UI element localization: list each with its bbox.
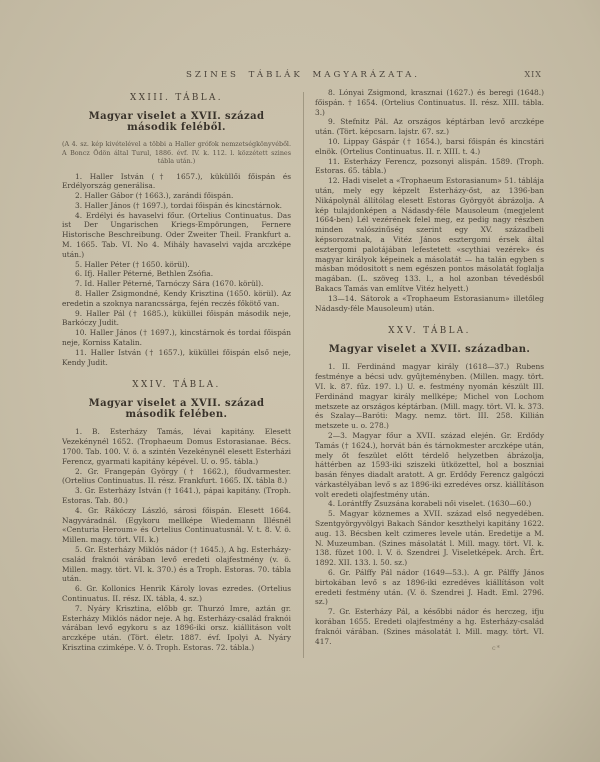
section-title: Magyar viselet a XVII. században. bbox=[315, 344, 544, 355]
catalog-item: 9. Stefnitz Pál. Az országos képtárban l… bbox=[315, 117, 544, 137]
running-head: SZINES TÁBLÁK MAGYARÁZATA. XIX bbox=[62, 70, 544, 82]
running-title: SZINES TÁBLÁK MAGYARÁZATA. bbox=[62, 70, 544, 80]
catalog-item: 12. Hadi viselet a «Trophaeum Estorasian… bbox=[315, 176, 544, 294]
catalog-item: 1. B. Esterházy Tamás, lévai kapitány. E… bbox=[62, 427, 291, 466]
column-divider-rule bbox=[303, 92, 304, 658]
catalog-item: 2—3. Magyar főur a XVII. század elején. … bbox=[315, 431, 544, 500]
catalog-item: 1. II. Ferdinánd magyar király (1618—37.… bbox=[315, 362, 544, 431]
page-number: XIX bbox=[524, 70, 542, 79]
catalog-item: 7. Nyáry Krisztina, előbb gr. Thurzó Imr… bbox=[62, 604, 291, 653]
catalog-item: 1. Haller István († 1657.), küküllői fői… bbox=[62, 172, 291, 192]
printer-signature-mark: c* bbox=[492, 644, 501, 652]
catalog-item: 3. Haller János († 1697.), tordai főispá… bbox=[62, 201, 291, 211]
left-column: XXIII. TÁBLA.Magyar viselet a XVII. száz… bbox=[62, 88, 291, 664]
catalog-item: 5. Magyar köznemes a XVII. század első n… bbox=[315, 509, 544, 568]
catalog-item: 7. Id. Haller Péterné, Tarnóczy Sára (16… bbox=[62, 279, 291, 289]
catalog-item: 8. Lónyai Zsigmond, krasznai (1627.) és … bbox=[315, 88, 544, 117]
plate-heading: XXV. TÁBLA. bbox=[315, 326, 544, 336]
catalog-item: 4. Gr. Rákóczy László, sárosi főispán. E… bbox=[62, 506, 291, 545]
catalog-item: 7. Gr. Esterházy Pál, a későbbi nádor és… bbox=[315, 607, 544, 646]
catalog-item: 3. Gr. Esterházy István († 1641.), pápai… bbox=[62, 486, 291, 506]
catalog-item: 5. Haller Péter († 1650. körül). bbox=[62, 260, 291, 270]
catalog-item: 13—14. Sátorok a «Trophaeum Estorasianum… bbox=[315, 294, 544, 314]
book-page: SZINES TÁBLÁK MAGYARÁZATA. XIX XXIII. TÁ… bbox=[0, 0, 600, 762]
catalog-item: 2. Haller Gábor († 1663.), zarándi főisp… bbox=[62, 191, 291, 201]
section-title: Magyar viselet a XVII. század második fe… bbox=[62, 398, 291, 420]
plate-heading: XXIII. TÁBLA. bbox=[62, 93, 291, 103]
catalog-item: 6. Ifj. Haller Péterné, Bethlen Zsófia. bbox=[62, 269, 291, 279]
catalog-item: 4. Lorántffy Zsuzsána korabeli női visel… bbox=[315, 499, 544, 509]
catalog-item: 6. Gr. Pálffy Pál nádor (1649—53.). A gr… bbox=[315, 568, 544, 607]
catalog-item: 5. Gr. Esterházy Miklós nádor († 1645.),… bbox=[62, 545, 291, 584]
catalog-item: 6. Gr. Kollonics Henrik Károly lovas ezr… bbox=[62, 584, 291, 604]
catalog-item: 8. Haller Zsigmondné, Kendy Krisztina (1… bbox=[62, 289, 291, 309]
source-note: (A 4. sz. kép kivételével a többi a Hall… bbox=[62, 140, 291, 166]
catalog-item: 4. Erdélyi és havaselvi főur. (Ortelius … bbox=[62, 211, 291, 260]
section-title: Magyar viselet a XVII. század második fe… bbox=[62, 111, 291, 133]
catalog-item: 2. Gr. Frangepán György († 1662.), főudv… bbox=[62, 467, 291, 487]
catalog-item: 11. Esterházy Ferencz, pozsonyi alispán.… bbox=[315, 157, 544, 177]
text-columns: XXIII. TÁBLA.Magyar viselet a XVII. száz… bbox=[62, 88, 544, 664]
catalog-item: 10. Haller János († 1697.), kincstárnok … bbox=[62, 328, 291, 348]
catalog-item: 10. Lippay Gáspár († 1654.), barsi főisp… bbox=[315, 137, 544, 157]
right-column: 8. Lónyai Zsigmond, krasznai (1627.) és … bbox=[315, 88, 544, 664]
catalog-item: 9. Haller Pál († 1685.), küküllei főispá… bbox=[62, 309, 291, 329]
plate-heading: XXIV. TÁBLA. bbox=[62, 380, 291, 390]
catalog-item: 11. Haller István († 1657.), küküllei fő… bbox=[62, 348, 291, 368]
